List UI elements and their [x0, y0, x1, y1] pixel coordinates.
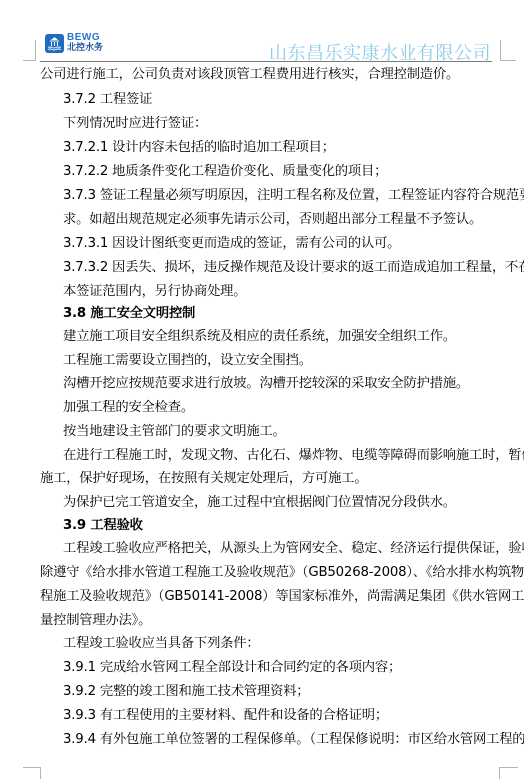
crop-mark-top-left-h: [23, 60, 36, 61]
paragraph-line: 程施工及验收规范》（GB50141-2008）等国家标准外，尚需满足集团《供水管…: [40, 588, 524, 606]
list-item: 3.7.2.1 设计内容未包括的临时追加工程项目；: [63, 139, 335, 157]
logo-chinese-text: 北控水务: [67, 44, 103, 53]
paragraph-line: 施工，保护好现场，在按照有关规定处理后，方可施工。: [40, 470, 367, 488]
list-item: 3.7.2.2 地质条件变化工程造价变化、质量变化的项目；: [63, 163, 387, 181]
crop-mark-bottom-left-v: [40, 767, 41, 779]
section-heading-3-7-2: 3.7.2 工程签证: [63, 91, 152, 109]
section-heading-3-8: 3.8 施工安全文明控制: [63, 305, 195, 323]
bewg-logo: BEWG 北控水务: [45, 33, 103, 53]
paragraph-line: 在进行工程施工时，发现文物、古化石、爆炸物、电缆等障碍而影响施工时，暂停: [63, 447, 524, 465]
logo-english-text: BEWG: [67, 33, 103, 43]
list-item: 3.7.3.2 因丢失、损坏，违反操作规范及设计要求的返工而造成追加工程量，不在: [63, 259, 524, 277]
paragraph-line: 工程施工需要设立围挡的，设立安全围挡。: [63, 352, 312, 370]
crop-mark-top-right-h: [500, 60, 516, 61]
paragraph-line: 除遵守《给水排水管道工程施工及验收规范》（GB50268-2008）、《给水排水…: [40, 564, 524, 582]
paragraph-line: 工程竣工验收应当具备下列条件：: [63, 635, 259, 653]
paragraph-line: 本签证范围内，另行协商处理。: [63, 283, 246, 301]
list-item: 3.9.4 有外包施工单位签署的工程保修单。（工程保修说明：市区给水管网工程的: [63, 731, 524, 749]
crop-mark-top-right-v: [500, 40, 501, 61]
crop-mark-top-left-v: [35, 40, 36, 61]
paragraph-line: 加强工程的安全检查。: [63, 399, 194, 417]
temple-wave-icon: [45, 34, 64, 53]
section-heading-3-9: 3.9 工程验收: [63, 517, 143, 535]
list-item: 3.9.3 有工程使用的主要材料、配件和设备的合格证明；: [63, 707, 388, 725]
crop-mark-bottom-left-h: [23, 767, 41, 768]
crop-mark-bottom-right-h: [499, 767, 518, 768]
paragraph-line: 求。如超出规范规定必须事先请示公司，否则超出部分工程量不予签认。: [63, 211, 482, 229]
paragraph-line: 沟槽开挖应按规范要求进行放坡。沟槽开挖较深的采取安全防护措施。: [63, 375, 469, 393]
paragraph-line: 工程竣工验收应严格把关，从源头上为管网安全、稳定、经济运行提供保证，验收: [63, 540, 524, 558]
list-item: 3.7.3 签证工程量必须写明原因，注明工程名称及位置，工程签证内容符合规范要: [63, 187, 524, 205]
list-item: 3.7.3.1 因设计图纸变更而造成的签证，需有公司的认可。: [63, 235, 400, 253]
header-divider: [40, 61, 492, 62]
paragraph-line: 按当地建设主管部门的要求文明施工。: [63, 423, 286, 441]
paragraph-line: 下列情况时应进行签证：: [63, 115, 207, 133]
paragraph-line: 为保护已完工管道安全，施工过程中宜根据阀门位置情况分段供水。: [63, 494, 456, 512]
paragraph-line: 量控制管理办法》。: [40, 612, 151, 630]
list-item: 3.9.1 完成给水管网工程全部设计和合同约定的各项内容；: [63, 659, 401, 677]
paragraph-line: 建立施工项目安全组织系统及相应的责任系统，加强安全组织工作。: [63, 328, 456, 346]
crop-mark-bottom-right-v: [499, 767, 500, 779]
paragraph-line: 公司进行施工，公司负责对该段顶管工程费用进行核实，合理控制造价。: [40, 66, 459, 84]
list-item: 3.9.2 完整的竣工图和施工技术管理资料；: [63, 683, 309, 701]
